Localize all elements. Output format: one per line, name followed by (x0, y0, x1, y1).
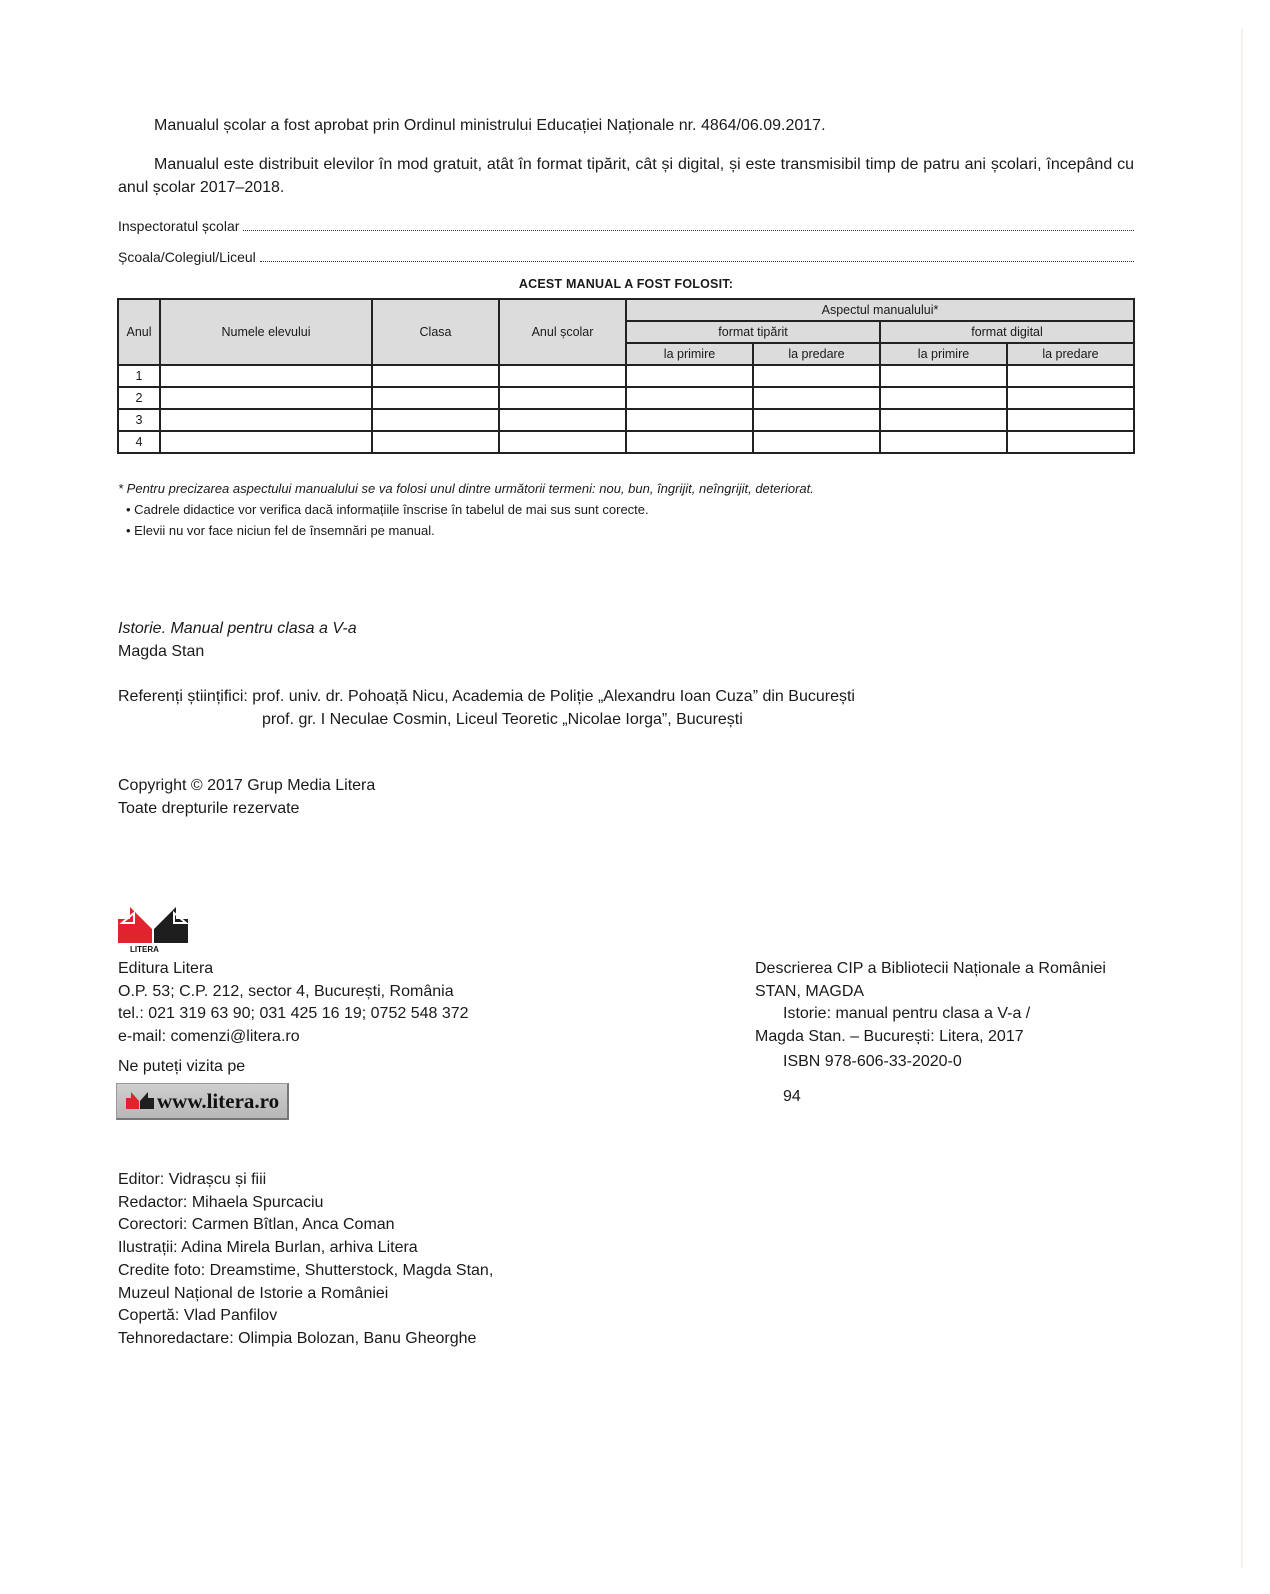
publisher-name: Editura Litera (118, 958, 469, 981)
table-row: 4 (118, 431, 1134, 453)
credit-editor: Editor: Vidrașcu și fiii (118, 1169, 493, 1192)
litera-logo-icon: LITERA (116, 905, 192, 953)
row-year: 3 (118, 409, 160, 431)
credit-redactor: Redactor: Mihaela Spurcaciu (118, 1192, 493, 1215)
class-cell[interactable] (372, 365, 499, 387)
row-year: 2 (118, 387, 160, 409)
inspectorat-label: Inspectoratul școlar (118, 218, 239, 234)
header-anul: Anul (118, 299, 160, 365)
student-name-cell[interactable] (160, 387, 372, 409)
tiparit-primire-cell[interactable] (626, 365, 753, 387)
cip-title: Istorie: manual pentru clasa a V-a / (755, 1003, 1106, 1026)
scoala-field[interactable]: Școala/Colegiul/Liceul (118, 249, 1134, 265)
tiparit-predare-cell[interactable] (753, 431, 880, 453)
note-teachers-verify: • Cadrele didactice vor verifica dacă in… (118, 499, 814, 520)
header-clasa: Clasa (372, 299, 499, 365)
school-year-cell[interactable] (499, 387, 626, 409)
referees: Referenți științifici: prof. univ. dr. P… (118, 685, 855, 731)
tiparit-primire-cell[interactable] (626, 431, 753, 453)
inspectorat-field[interactable]: Inspectoratul școlar (118, 218, 1134, 234)
table-row: 2 (118, 387, 1134, 409)
digital-primire-cell[interactable] (880, 387, 1007, 409)
credit-photos-cont: Muzeul Național de Istorie a României (118, 1283, 493, 1306)
tiparit-primire-cell[interactable] (626, 409, 753, 431)
litera-mini-logo-icon (125, 1091, 155, 1111)
website-url[interactable]: www.litera.ro (157, 1089, 279, 1114)
visit-label: Ne puteți vizita pe (118, 1058, 245, 1076)
referee-line-1: Referenți științifici: prof. univ. dr. P… (118, 685, 855, 708)
class-cell[interactable] (372, 387, 499, 409)
credits: Editor: Vidrașcu și fiii Redactor: Mihae… (118, 1169, 493, 1351)
header-digital-predare: la predare (1007, 343, 1134, 365)
row-year: 4 (118, 431, 160, 453)
student-name-cell[interactable] (160, 409, 372, 431)
scoala-fill-line[interactable] (260, 249, 1134, 262)
header-digital-primire: la primire (880, 343, 1007, 365)
publisher-email: e-mail: comenzi@litera.ro (118, 1026, 469, 1049)
table-notes: * Pentru precizarea aspectului manualulu… (118, 478, 814, 541)
page-edge (1241, 28, 1243, 1568)
row-year: 1 (118, 365, 160, 387)
book-info: Istorie. Manual pentru clasa a V-a Magda… (118, 617, 357, 663)
distribution-paragraph: Manualul este distribuit elevilor în mod… (118, 153, 1134, 199)
aspect-footnote: * Pentru precizarea aspectului manualulu… (118, 478, 814, 499)
header-anul-scolar: Anul școlar (499, 299, 626, 365)
usage-table: Anul Numele elevului Clasa Anul școlar A… (117, 298, 1135, 454)
digital-predare-cell[interactable] (1007, 409, 1134, 431)
header-format-digital: format digital (880, 321, 1134, 343)
digital-predare-cell[interactable] (1007, 365, 1134, 387)
cip-author: STAN, MAGDA (755, 981, 1106, 1004)
rights-line: Toate drepturile rezervate (118, 797, 375, 820)
credit-typesetting: Tehnoredactare: Olimpia Bolozan, Banu Gh… (118, 1328, 493, 1351)
header-tiparit-predare: la predare (753, 343, 880, 365)
approval-paragraph: Manualul școlar a fost aprobat prin Ordi… (118, 114, 1138, 137)
student-name-cell[interactable] (160, 365, 372, 387)
cip-classification: 94 (783, 1088, 801, 1106)
publisher-address: O.P. 53; C.P. 212, sector 4, București, … (118, 981, 469, 1004)
tiparit-predare-cell[interactable] (753, 387, 880, 409)
copyright-line: Copyright © 2017 Grup Media Litera (118, 774, 375, 797)
svg-text:LITERA: LITERA (130, 945, 159, 953)
publisher-info: Editura Litera O.P. 53; C.P. 212, sector… (118, 958, 469, 1048)
header-aspect: Aspectul manualului* (626, 299, 1134, 321)
isbn: ISBN 978-606-33-2020-0 (783, 1053, 962, 1071)
digital-primire-cell[interactable] (880, 365, 1007, 387)
class-cell[interactable] (372, 431, 499, 453)
cip-heading: Descrierea CIP a Bibliotecii Naționale a… (755, 958, 1106, 981)
school-year-cell[interactable] (499, 409, 626, 431)
digital-primire-cell[interactable] (880, 409, 1007, 431)
credit-cover: Copertă: Vlad Panfilov (118, 1305, 493, 1328)
tiparit-predare-cell[interactable] (753, 365, 880, 387)
credit-correctors: Corectori: Carmen Bîtlan, Anca Coman (118, 1214, 493, 1237)
cip-description: Descrierea CIP a Bibliotecii Naționale a… (755, 958, 1106, 1048)
school-year-cell[interactable] (499, 365, 626, 387)
cip-imprint: Magda Stan. – București: Litera, 2017 (755, 1026, 1106, 1049)
scoala-label: Școala/Colegiul/Liceul (118, 249, 256, 265)
header-numele: Numele elevului (160, 299, 372, 365)
tiparit-predare-cell[interactable] (753, 409, 880, 431)
table-row: 1 (118, 365, 1134, 387)
note-no-markings: • Elevii nu vor face niciun fel de însem… (118, 520, 814, 541)
usage-table-caption: ACEST MANUAL A FOST FOLOSIT: (118, 277, 1134, 291)
digital-predare-cell[interactable] (1007, 387, 1134, 409)
inspectorat-fill-line[interactable] (243, 218, 1134, 231)
credit-illustrations: Ilustrații: Adina Mirela Burlan, arhiva … (118, 1237, 493, 1260)
tiparit-primire-cell[interactable] (626, 387, 753, 409)
publisher-phone: tel.: 021 319 63 90; 031 425 16 19; 0752… (118, 1003, 469, 1026)
header-tiparit-primire: la primire (626, 343, 753, 365)
school-year-cell[interactable] (499, 431, 626, 453)
copyright: Copyright © 2017 Grup Media Litera Toate… (118, 774, 375, 820)
referee-line-2: prof. gr. I Neculae Cosmin, Liceul Teore… (118, 708, 855, 731)
website-link-button[interactable]: www.litera.ro (116, 1083, 289, 1120)
student-name-cell[interactable] (160, 431, 372, 453)
digital-primire-cell[interactable] (880, 431, 1007, 453)
header-format-tiparit: format tipărit (626, 321, 880, 343)
book-author: Magda Stan (118, 640, 357, 663)
class-cell[interactable] (372, 409, 499, 431)
credit-photos: Credite foto: Dreamstime, Shutterstock, … (118, 1260, 493, 1283)
digital-predare-cell[interactable] (1007, 431, 1134, 453)
table-row: 3 (118, 409, 1134, 431)
book-title: Istorie. Manual pentru clasa a V-a (118, 617, 357, 640)
